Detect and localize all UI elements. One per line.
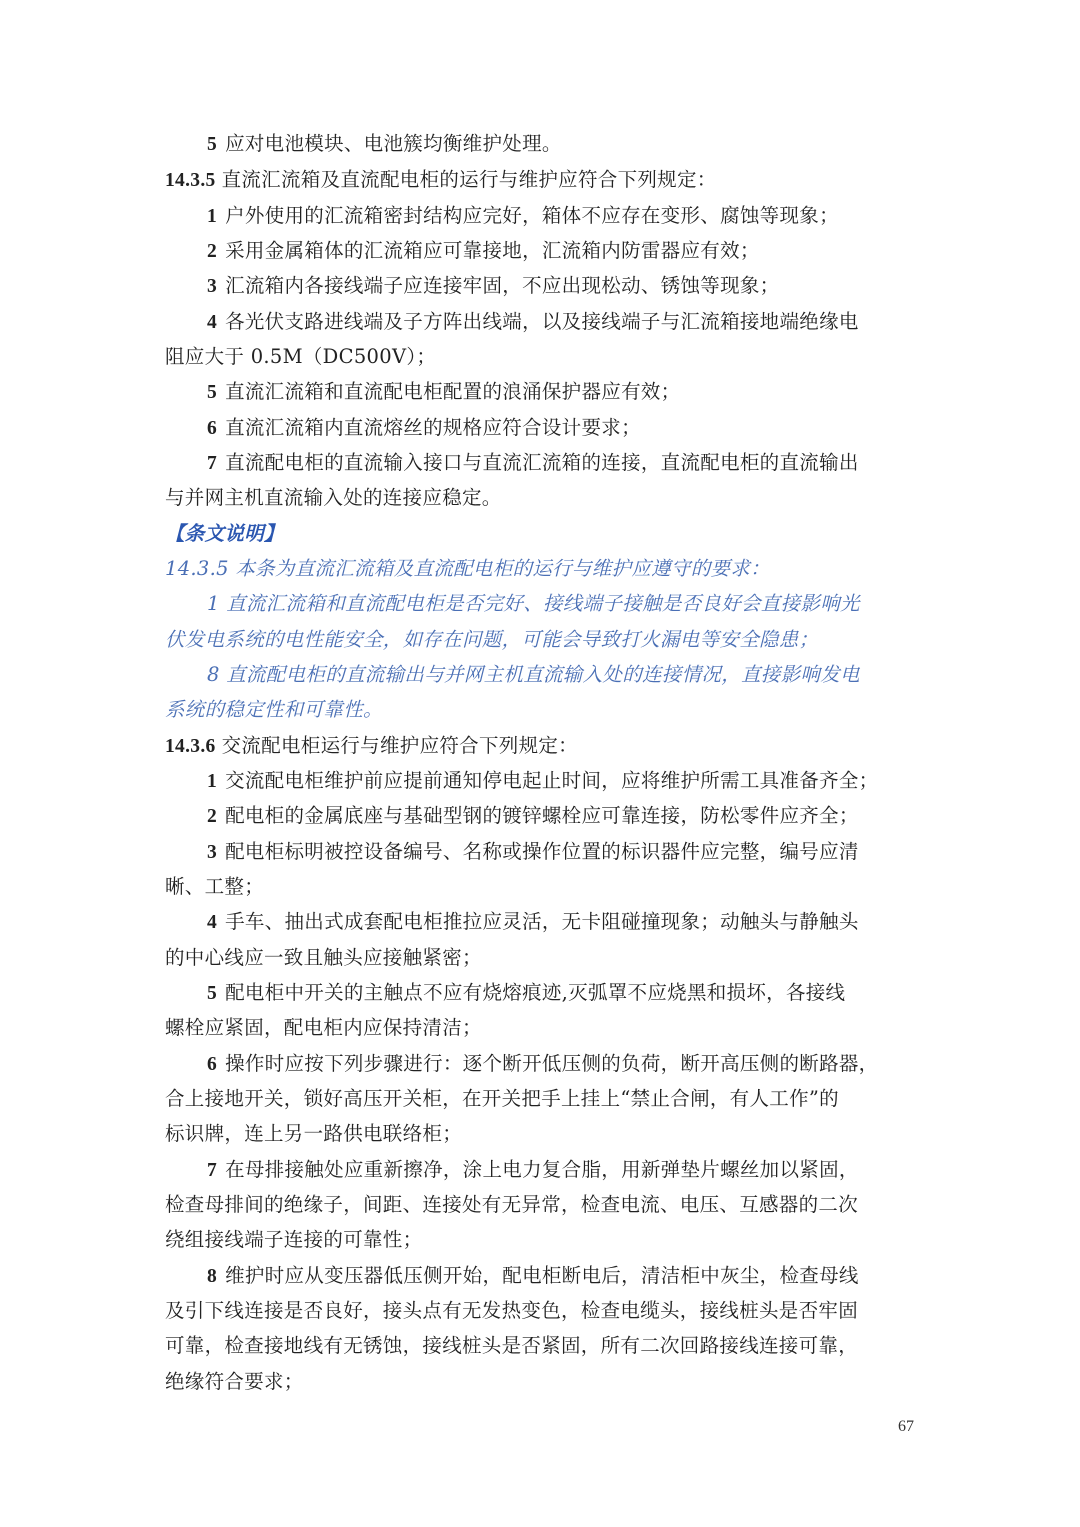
explanation-item-continued: 伏发电系统的电性能安全，如存在问题，可能会导致打火漏电等安全隐患； [165,628,818,652]
explanation-item: 1 直流汇流箱和直流配电柜是否完好、接线端子接触是否良好会直接影响光 [207,592,860,616]
item-number: 6 [207,1054,217,1075]
item-text: 户外使用的汇流箱密封结构应完好，箱体不应存在变形、腐蚀等现象； [225,204,839,227]
item-text: 汇流箱内各接线端子应连接牢固，不应出现松动、锈蚀等现象； [225,274,779,297]
section-number: 14.3.5 [165,170,216,191]
item-number: 8 [207,1266,217,1287]
item-number: 3 [207,276,217,297]
item-number: 6 [207,418,217,439]
list-item: 2配电柜的金属底座与基础型钢的镀锌螺栓应可靠连接，防松零件应齐全； [207,804,859,829]
item-number: 4 [207,312,217,333]
explanation-intro: 14.3.5 本条为直流汇流箱及直流配电柜的运行与维护应遵守的要求： [165,557,770,581]
item-text-continued: 阻应大于 0.5M（DC500V）； [165,345,436,369]
list-item: 6操作时应按下列步骤进行：逐个断开低压侧的负荷，断开高压侧的断路器， [207,1052,878,1077]
explanation-heading: 【条文说明】 [165,522,284,546]
item-text: 采用金属箱体的汇流箱应可靠接地，汇流箱内防雷器应有效； [225,239,760,262]
list-item: 1户外使用的汇流箱密封结构应完好，箱体不应存在变形、腐蚀等现象； [207,204,839,229]
item-text: 各光伏支路进线端及子方阵出线端，以及接线端子与汇流箱接地端绝缘电 [225,310,859,333]
item-text-continued: 可靠，检查接地线有无锈蚀，接线桩头是否紧固，所有二次回路接线连接可靠， [165,1334,858,1358]
section-title: 直流汇流箱及直流配电柜的运行与维护应符合下列规定： [222,168,717,191]
item-text: 在母排接触处应重新擦净，涂上电力复合脂，用新弹垫片螺丝加以紧固， [225,1158,859,1181]
item-number: 2 [207,806,217,827]
item-number: 4 [207,912,217,933]
item-text-continued: 及引下线连接是否良好，接头点有无发热变色，检查电缆头，接线桩头是否牢固 [165,1299,858,1323]
item-number: 7 [207,1160,217,1181]
item-text: 手车、抽出式成套配电柜推拉应灵活，无卡阻碰撞现象；动触头与静触头 [225,910,859,933]
section-heading: 14.3.6交流配电柜运行与维护应符合下列规定： [165,734,578,759]
list-item: 7直流配电柜的直流输入接口与直流汇流箱的连接，直流配电柜的直流输出 [207,451,859,476]
list-item: 1交流配电柜维护前应提前通知停电起止时间，应将维护所需工具准备齐全； [207,769,878,794]
item-number: 1 [207,206,217,227]
explanation-item: 8 直流配电柜的直流输出与并网主机直流输入处的连接情况，直接影响发电 [207,663,860,687]
list-item: 3汇流箱内各接线端子应连接牢固，不应出现松动、锈蚀等现象； [207,274,779,299]
item-text: 配电柜中开关的主触点不应有烧熔痕迹,灭弧罩不应烧黑和损坏，各接线 [225,981,845,1004]
item-text: 操作时应按下列步骤进行：逐个断开低压侧的负荷，断开高压侧的断路器， [225,1052,878,1075]
explanation-item-continued: 系统的稳定性和可靠性。 [165,698,383,722]
page-number: 67 [898,1418,914,1436]
list-item: 5应对电池模块、电池簇均衡维护处理。 [207,132,562,157]
item-number: 2 [207,241,217,262]
list-item: 8维护时应从变压器低压侧开始，配电柜断电后，清洁柜中灰尘，检查母线 [207,1264,859,1289]
item-number: 7 [207,453,217,474]
list-item: 6直流汇流箱内直流熔丝的规格应符合设计要求； [207,416,641,441]
item-number: 5 [207,382,217,403]
item-text: 直流汇流箱和直流配电柜配置的浪涌保护器应有效； [225,380,680,403]
list-item: 4手车、抽出式成套配电柜推拉应灵活，无卡阻碰撞现象；动触头与静触头 [207,910,859,935]
list-item: 3配电柜标明被控设备编号、名称或操作位置的标识器件应完整，编号应清 [207,840,859,865]
list-item: 7在母排接触处应重新擦净，涂上电力复合脂，用新弹垫片螺丝加以紧固， [207,1158,859,1183]
item-text-continued: 与并网主机直流输入处的连接应稳定。 [165,486,502,510]
section-title: 交流配电柜运行与维护应符合下列规定： [222,734,578,757]
list-item: 5配电柜中开关的主触点不应有烧熔痕迹,灭弧罩不应烧黑和损坏，各接线 [207,981,845,1006]
section-heading: 14.3.5直流汇流箱及直流配电柜的运行与维护应符合下列规定： [165,168,717,193]
item-text-continued: 绕组接线端子连接的可靠性； [165,1228,422,1252]
list-item: 5直流汇流箱和直流配电柜配置的浪涌保护器应有效； [207,380,680,405]
item-text-continued: 检查母排间的绝缘子，间距、连接处有无异常，检查电流、电压、互感器的二次 [165,1193,858,1217]
list-item: 2采用金属箱体的汇流箱应可靠接地，汇流箱内防雷器应有效； [207,239,760,264]
item-text: 配电柜的金属底座与基础型钢的镀锌螺栓应可靠连接，防松零件应齐全； [225,804,859,827]
item-text: 配电柜标明被控设备编号、名称或操作位置的标识器件应完整，编号应清 [225,840,859,863]
item-text: 直流汇流箱内直流熔丝的规格应符合设计要求； [225,416,641,439]
item-number: 3 [207,842,217,863]
item-number: 5 [207,983,217,1004]
item-text: 维护时应从变压器低压侧开始，配电柜断电后，清洁柜中灰尘，检查母线 [225,1264,859,1287]
item-text: 应对电池模块、电池簇均衡维护处理。 [225,132,562,155]
section-number: 14.3.6 [165,736,216,757]
item-text-continued: 绝缘符合要求； [165,1370,304,1394]
item-number: 1 [207,771,217,792]
item-text-continued: 标识牌，连上另一路供电联络柜； [165,1122,462,1146]
item-text: 直流配电柜的直流输入接口与直流汇流箱的连接，直流配电柜的直流输出 [225,451,859,474]
list-item: 4各光伏支路进线端及子方阵出线端，以及接线端子与汇流箱接地端绝缘电 [207,310,859,335]
item-text-continued: 螺栓应紧固，配电柜内应保持清洁； [165,1016,482,1040]
item-text-continued: 合上接地开关，锁好高压开关柜，在开关把手上挂上“禁止合闸，有人工作”的 [165,1087,839,1111]
item-text-continued: 晰、工整； [165,875,264,899]
item-number: 5 [207,134,217,155]
item-text: 交流配电柜维护前应提前通知停电起止时间，应将维护所需工具准备齐全； [225,769,878,792]
item-text-continued: 的中心线应一致且触头应接触紧密； [165,946,482,970]
